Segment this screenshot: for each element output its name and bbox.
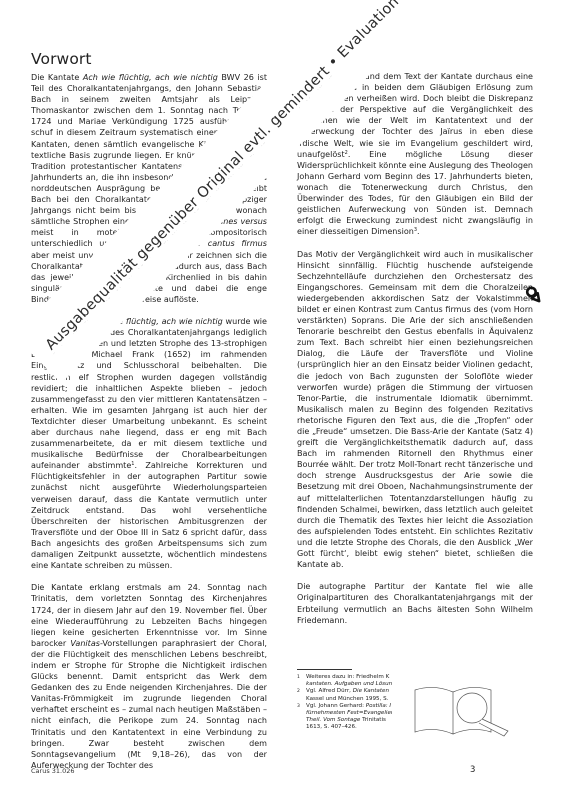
carus-logo (522, 283, 546, 307)
footnote: 2Vgl. Alfred Dürr, Die KantatenKassel un… (297, 688, 392, 702)
paragraph: Das Motiv der Vergänglichkeit wird auch … (297, 249, 533, 571)
book-magnifier-icon (412, 682, 522, 737)
right-column: Jaïrus berichtet, und dem Text der Kanta… (297, 71, 533, 637)
paragraph: Die Kantate Ach wie flüchtig, ach wie ni… (31, 72, 267, 305)
footnote-number: 1 (297, 674, 300, 681)
left-column: Die Kantate Ach wie flüchtig, ach wie ni… (31, 72, 267, 782)
footnote-number: 2 (297, 688, 300, 695)
catalog-number: Carus 31.026 (31, 767, 75, 775)
footnotes: 1Weiteres dazu in: Friedhelm Kkantaten. … (297, 674, 392, 732)
paragraph: Die autographe Partitur der Kantate fiel… (297, 581, 533, 625)
page-title: Vorwort (31, 50, 92, 68)
footnote: 3Vgl. Johann Gerhard: Postilla: Ifürnehm… (297, 703, 392, 732)
page-number: 3 (470, 765, 475, 775)
footnote-number: 3 (297, 703, 300, 710)
footnote-divider (297, 669, 352, 670)
footnote: 1Weiteres dazu in: Friedhelm Kkantaten. … (297, 674, 392, 688)
paragraph: Die Kantate erklang erstmals am 24. Sonn… (31, 582, 267, 771)
paragraph: In der Kantate Ach wie flüchtig, ach wie… (31, 316, 267, 571)
paragraph: Jaïrus berichtet, und dem Text der Kanta… (297, 71, 533, 237)
